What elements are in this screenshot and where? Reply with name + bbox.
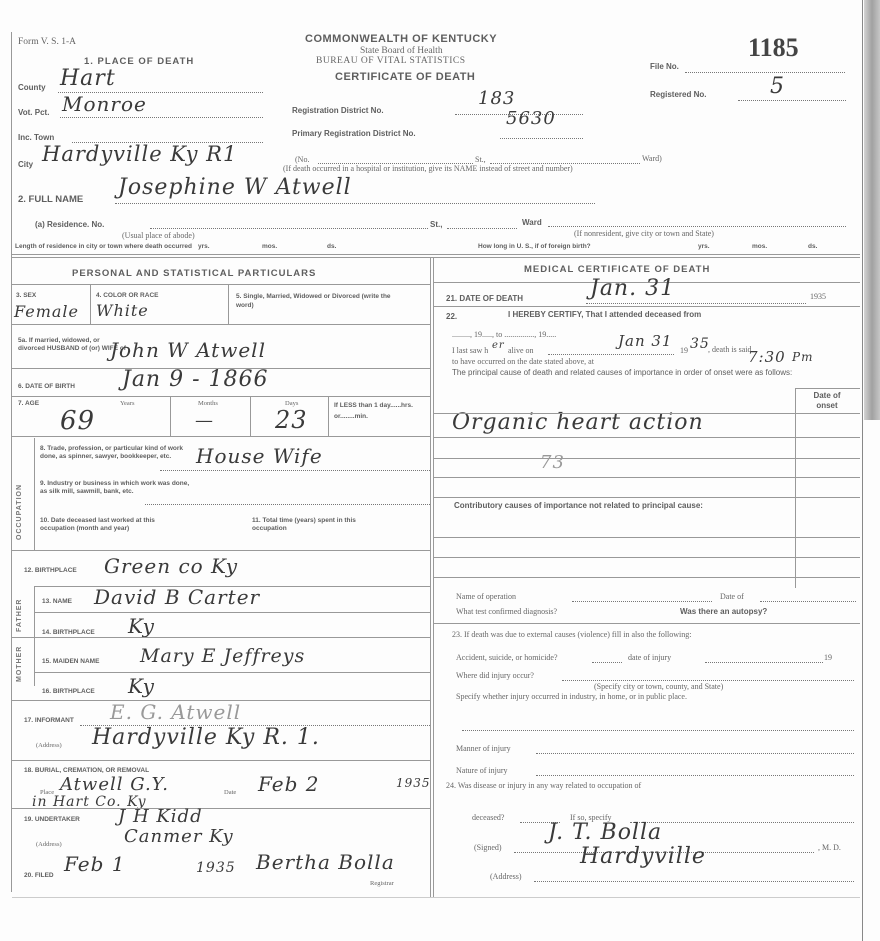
occupation-question: 24. Was disease or injury in any way rel… (446, 781, 641, 790)
mother-vertical-label: MOTHER (16, 640, 23, 682)
length-mos-label: mos. (262, 243, 277, 250)
scan-edge-line (862, 0, 863, 941)
full-name-label: 2. FULL NAME (18, 194, 83, 205)
age-years-label: Years (120, 400, 135, 407)
death-said-text: , death is said (708, 345, 752, 354)
undertaker-value: J H Kidd (118, 806, 203, 827)
autopsy-label: Was there an autopsy? (680, 607, 767, 616)
length-ds-label: ds. (327, 243, 336, 250)
trade-label: 8. Trade, profession, or particular kind… (40, 445, 190, 461)
birthplace-value: Green co Ky (104, 554, 238, 578)
md-label: , M. D. (818, 843, 841, 852)
left-border (11, 32, 12, 892)
filed-year-value: 1935 (196, 860, 236, 876)
external-causes-label: 23. If death was due to external causes … (452, 630, 691, 639)
registrar-label: Registrar (370, 880, 394, 887)
burial-place-value: Atwell G.Y. (60, 774, 169, 795)
spouse-value: John W Atwell (110, 338, 266, 362)
primary-reg-label: Primary Registration District No. (292, 129, 416, 138)
vot-pct-value: Monroe (62, 92, 147, 116)
burial-label: 18. BURIAL, CREMATION, OR REMOVAL (24, 767, 149, 774)
father-birthplace-label: 14. BIRTHPLACE (42, 629, 95, 636)
registered-no-label: Registered No. (650, 90, 706, 99)
age-months-value: — (195, 410, 214, 431)
full-name-value: Josephine W Atwell (118, 175, 352, 200)
mother-maiden-label: 15. MAIDEN NAME (42, 658, 99, 665)
length-yrs-label: yrs. (198, 243, 210, 250)
form-id: Form V. S. 1-A (18, 37, 76, 47)
cause-2-value: 73 (540, 452, 565, 473)
registered-no-value: 5 (770, 74, 785, 99)
mother-maiden-value: Mary E Jeffreys (140, 645, 305, 667)
file-no-label: File No. (650, 62, 679, 71)
last-saw-year-prefix: 19 (680, 346, 688, 355)
onset-label: Date of onset (805, 391, 849, 411)
foreign-mos-label: mos. (752, 243, 767, 250)
time-ampm: Pm (792, 350, 813, 364)
informant-value: E. G. Atwell (110, 700, 241, 724)
age-years-value: 69 (60, 406, 95, 436)
physician-address-label: (Address) (490, 872, 522, 881)
race-value: White (96, 301, 149, 320)
reg-district-value: 183 (478, 88, 515, 109)
father-birthplace-value: Ky (128, 614, 155, 638)
age-days-value: 23 (275, 406, 308, 434)
st-label: St., (475, 155, 486, 164)
reg-district-label: Registration District No. (292, 106, 384, 115)
filed-label: 20. FILED (24, 872, 54, 879)
city-value: Hardyville Ky R1 (42, 142, 237, 166)
test-confirmed-label: What test confirmed diagnosis? (456, 607, 557, 616)
medical-heading: MEDICAL CERTIFICATE OF DEATH (524, 264, 710, 275)
dod-value: Jan. 31 (590, 276, 675, 301)
marital-label: 5. Single, Married, Widowed or Divorced … (236, 292, 396, 310)
operation-date-label: Date of (720, 592, 744, 601)
residence-st-label: St., (430, 220, 442, 229)
occupation-vertical-label: OCCUPATION (16, 450, 23, 540)
father-name-label: 13. NAME (42, 598, 72, 605)
time-of-death: 7:30 (748, 348, 786, 366)
less-than-day-label: If LESS than 1 day......hrs. or........m… (334, 400, 424, 422)
burial-year-value: 1935 (396, 776, 431, 790)
dod-year-value: 1935 (810, 292, 826, 301)
father-name-value: David B Carter (94, 585, 260, 609)
burial-date-label: Date (224, 789, 236, 796)
dob-value: Jan 9 - 1866 (122, 367, 269, 392)
injury-year-prefix: 19 (824, 653, 832, 662)
county-label: County (18, 83, 46, 92)
where-injury-sub: (Specify city or town, county, and State… (594, 682, 723, 691)
dob-label: 6. DATE OF BIRTH (18, 383, 75, 390)
trade-value: House Wife (196, 444, 323, 468)
file-number: 1185 (748, 33, 799, 63)
commonwealth-title: COMMONWEALTH OF KENTUCKY (305, 33, 497, 45)
industry-label: 9. Industry or business in which work wa… (40, 480, 190, 496)
hospital-note: (If death occurred in a hospital or inst… (283, 164, 573, 173)
contributory-label: Contributory causes of importance not re… (454, 501, 784, 511)
foreign-ds-label: ds. (808, 243, 817, 250)
occurred-text: to have occurred on the date stated abov… (452, 357, 594, 366)
informant-address-label: (Address) (36, 742, 62, 749)
last-saw-prefix: I last saw h (452, 346, 488, 355)
undertaker-label: 19. UNDERTAKER (24, 816, 80, 823)
vot-pct-label: Vot. Pct. (18, 108, 49, 117)
undertaker-address-label: (Address) (36, 841, 62, 848)
residence-sub: (Usual place of abode) (122, 231, 195, 240)
sex-value: Female (14, 302, 79, 321)
last-saw-her: er (492, 340, 505, 351)
length-residence-label: Length of residence in city or town wher… (15, 243, 192, 250)
physician-signature: J. T. Bolla (548, 820, 662, 845)
dod-label: 21. DATE OF DEATH (446, 294, 523, 303)
undertaker-address-value: Canmer Ky (124, 826, 234, 847)
certify-text: I HEREBY CERTIFY, That I attended deceas… (508, 310, 701, 319)
last-worked-label: 10. Date deceased last worked at this oc… (40, 517, 190, 533)
cause-intro: The principal cause of death and related… (452, 368, 857, 378)
manner-injury-label: Manner of injury (456, 744, 511, 753)
death-certificate-page: Form V. S. 1-A 1. PLACE OF DEATH COMMONW… (0, 0, 880, 941)
mother-birthplace-value: Ky (128, 674, 155, 698)
certify-number: 22. (446, 312, 457, 321)
age-months-label: Months (198, 400, 218, 407)
deceased-label: deceased? (472, 813, 504, 822)
filed-date-value: Feb 1 (64, 852, 126, 876)
primary-reg-value: 5630 (506, 108, 556, 129)
attended-from-to: ........., 19....., to ..............., … (452, 330, 556, 339)
birthplace-label: 12. BIRTHPLACE (24, 567, 77, 574)
informant-address-value: Hardyville Ky R. 1. (92, 725, 320, 750)
accident-label: Accident, suicide, or homicide? (456, 653, 558, 662)
informant-label: 17. INFORMANT (24, 717, 74, 724)
residence-label: (a) Residence. No. (35, 220, 104, 229)
last-saw-mid: alive on (508, 346, 534, 355)
last-saw-year: 35 (690, 336, 710, 352)
no-label: (No. (295, 155, 309, 164)
nonresident-note: (If nonresident, give city or town and S… (574, 229, 714, 238)
where-injury-label: Where did injury occur? (456, 671, 534, 680)
signed-label: (Signed) (474, 843, 502, 852)
county-value: Hart (60, 66, 116, 91)
mother-birthplace-label: 16. BIRTHPLACE (42, 688, 95, 695)
specify-injury-label: Specify whether injury occurred in indus… (456, 692, 856, 702)
last-saw-date: Jan 31 (618, 332, 672, 350)
father-vertical-label: FATHER (16, 592, 23, 632)
foreign-yrs-label: yrs. (698, 243, 710, 250)
personal-heading: PERSONAL AND STATISTICAL PARTICULARS (72, 268, 316, 279)
scan-edge-shadow (864, 0, 880, 420)
residence-ward-label: Ward (522, 218, 542, 227)
city-label: City (18, 160, 33, 169)
injury-date-label: date of injury (628, 653, 671, 662)
operation-label: Name of operation (456, 592, 516, 601)
registrar-signature: Bertha Bolla (256, 850, 395, 874)
age-label: 7. AGE (18, 400, 39, 407)
physician-address-value: Hardyville (580, 844, 706, 869)
nature-injury-label: Nature of injury (456, 766, 508, 775)
certificate-title: CERTIFICATE OF DEATH (335, 71, 475, 83)
board-title: State Board of Health (360, 46, 443, 56)
inc-town-label: Inc. Town (18, 133, 54, 142)
bureau-title: BUREAU OF VITAL STATISTICS (316, 56, 466, 66)
ward-label: Ward) (642, 154, 662, 163)
foreign-birth-label: How long in U. S., if of foreign birth? (478, 243, 591, 250)
sex-label: 3. SEX (16, 292, 36, 299)
total-time-label: 11. Total time (years) spent in this occ… (252, 517, 362, 533)
burial-date-value: Feb 2 (258, 772, 320, 796)
race-label: 4. COLOR OR RACE (96, 292, 158, 299)
